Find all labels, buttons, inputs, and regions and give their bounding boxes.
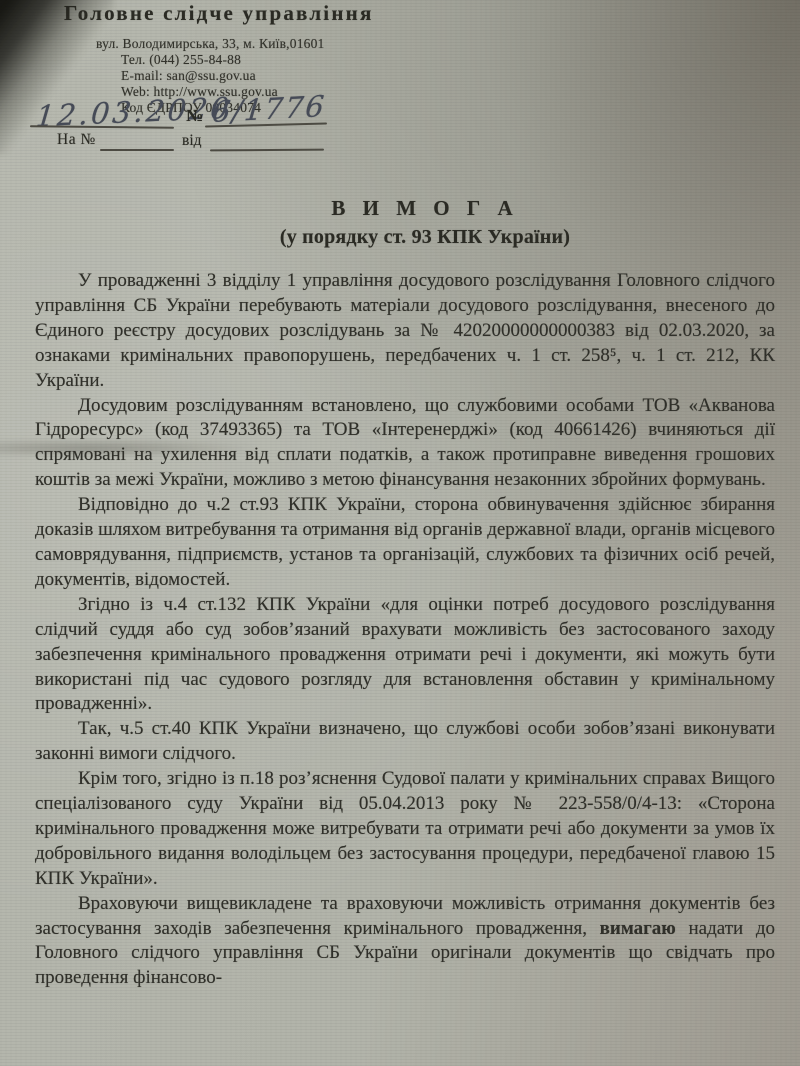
- paragraph-6: Крім того, згідно із п.18 роз’яснення Су…: [35, 767, 775, 892]
- reply-from-label: від: [182, 132, 202, 150]
- org-address: вул. Володимирська, 33, м. Київ,01601: [96, 36, 325, 52]
- scanned-paper: Головне слідче управління вул. Володимир…: [0, 0, 800, 1066]
- document: Головне слідче управління вул. Володимир…: [0, 0, 800, 1066]
- paragraph-3: Відповідно до ч.2 ст.93 КПК України, сто…: [35, 493, 775, 593]
- org-phone: Тел. (044) 255-84-88: [121, 52, 325, 68]
- paragraph-1: У провадженні 3 відділу 1 управління дос…: [35, 269, 775, 394]
- paragraph-4: Згідно із ч.4 ст.132 КПК України «для оц…: [35, 593, 775, 718]
- title-block: В И М О Г А (у порядку ст. 93 КПК Україн…: [50, 196, 800, 249]
- paragraph-5: Так, ч.5 ст.40 КПК України визначено, що…: [35, 717, 775, 767]
- demand-keyword: вимагаю: [600, 918, 676, 939]
- paragraph-7: Враховуючи вищевикладене та враховуючи м…: [35, 892, 775, 992]
- document-subtitle: (у порядку ст. 93 КПК України): [50, 226, 800, 249]
- scan-corner-shadow: [0, 0, 114, 154]
- document-body: У провадженні 3 відділу 1 управління дос…: [35, 269, 775, 991]
- paper-fold-shadow: [0, 436, 400, 460]
- number-symbol: №: [186, 106, 203, 126]
- org-email: E-mail: san@ssu.gov.ua: [121, 68, 325, 84]
- reply-date-blank-line: [210, 149, 324, 151]
- document-title: В И М О Г А: [50, 196, 800, 221]
